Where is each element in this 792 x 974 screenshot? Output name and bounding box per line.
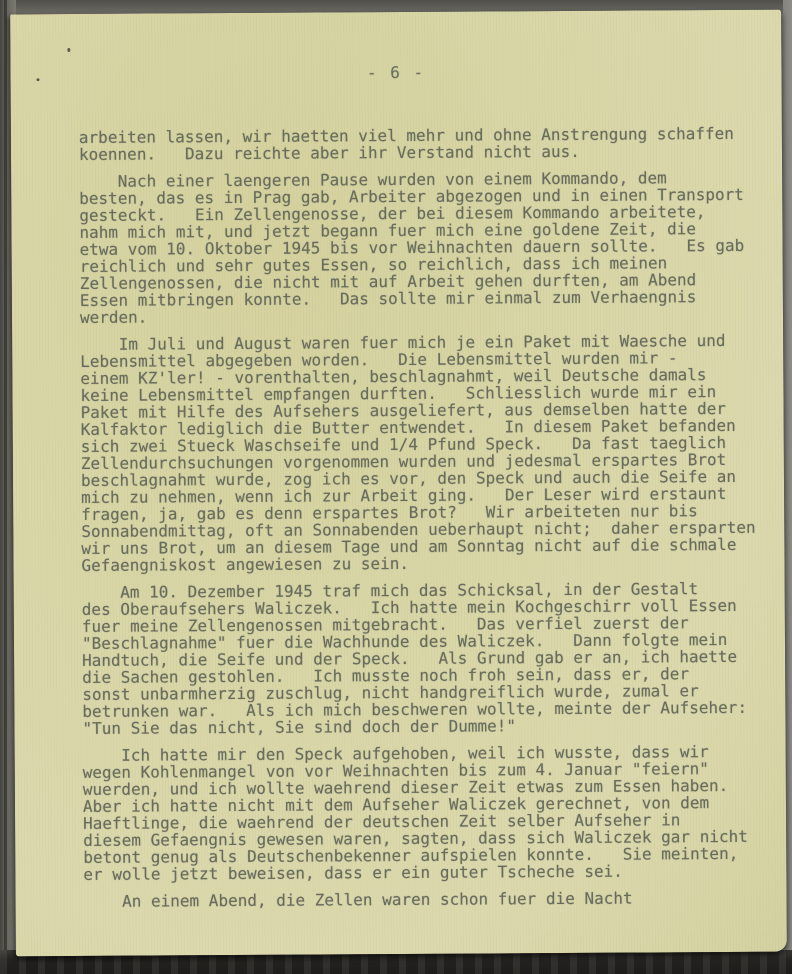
scanner-mat-groove [4,0,7,974]
ink-speck [67,48,70,52]
paragraph-5: Ich hatte mir den Speck aufgehoben, weil… [83,743,769,883]
paragraph-6: An einem Abend, die Zellen waren schon f… [83,889,768,910]
paragraph-2: Nach einer laengeren Pause wurden von ei… [79,169,765,326]
paragraph-1: arbeiten lassen, wir haetten viel mehr u… [79,125,764,163]
paragraph-4: Am 10. Dezember 1945 traf mich das Schic… [82,580,768,737]
typewritten-text: arbeiten lassen, wir haetten viel mehr u… [79,125,769,920]
paragraph-3: Im Juli und August waren fuer mich je ei… [80,332,766,574]
scanned-document: - 6 - arbeiten lassen, wir haetten viel … [0,0,792,974]
page-number: - 6 - [10,61,781,85]
paper-page: - 6 - arbeiten lassen, wir haetten viel … [10,10,787,957]
